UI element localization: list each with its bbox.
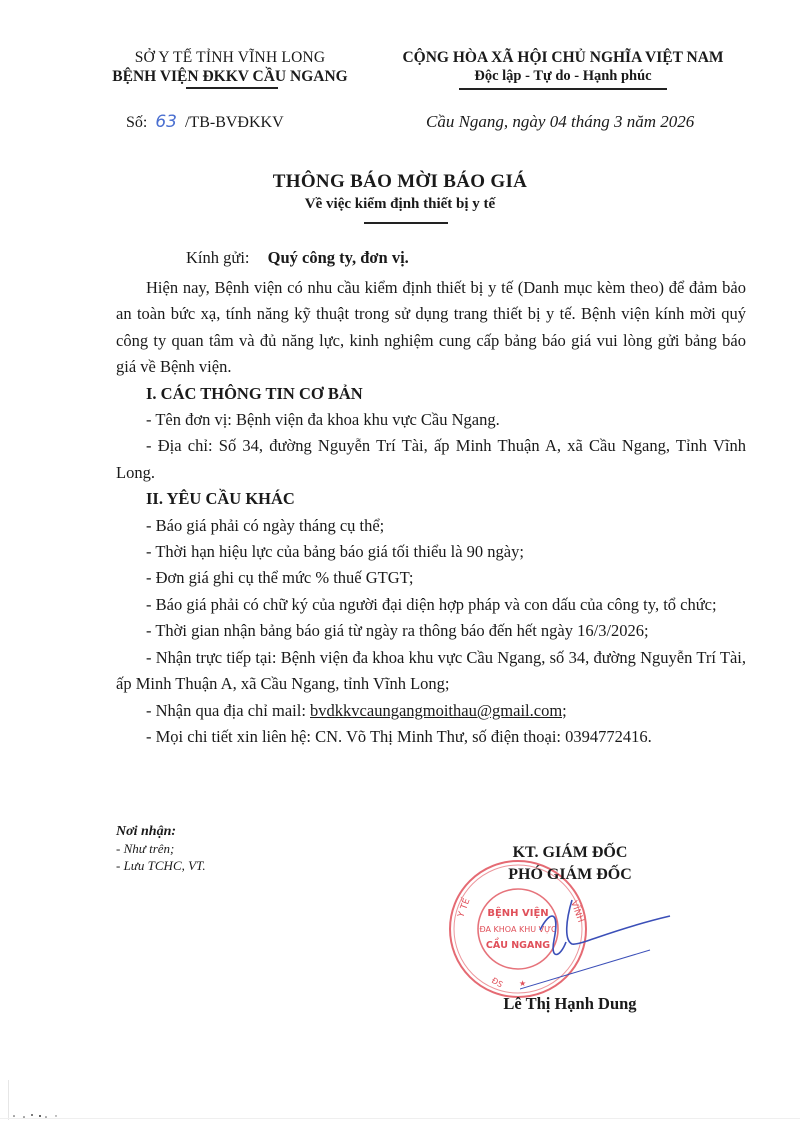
scan-edge [8,1080,9,1120]
recipient-item: - Lưu TCHC, VT. [116,857,206,874]
recipient-line: Kính gửi: Quý công ty, đơn vị. [186,248,409,268]
subtitle-rule [364,222,448,224]
list-item: - Địa chỉ: Số 34, đường Nguyễn Trí Tài, … [116,433,746,486]
place-and-date: Cầu Ngang, ngày 04 tháng 3 năm 2026 [426,112,694,132]
list-item: - Nhận trực tiếp tại: Bệnh viện đa khoa … [116,645,746,698]
intro-paragraph: Hiện nay, Bệnh viện có nhu cầu kiểm định… [116,275,746,381]
header-left-rule [186,87,278,89]
email-link[interactable]: bvdkkvcaungangmoithau@gmail.com; [310,701,567,720]
doc-number-suffix: /TB-BVĐKKV [185,114,284,131]
list-item: - Thời gian nhận bảng báo giá từ ngày ra… [116,618,746,644]
recipient-value: Quý công ty, đơn vị. [268,248,409,267]
doc-number-prefix: Số: [126,114,147,131]
issuing-agency: SỞ Y TẾ TỈNH VĨNH LONG BỆNH VIỆN ĐKKV CẦ… [95,48,365,89]
recipient-label: Kính gửi: [186,248,250,267]
section-heading-other-requirements: II. YÊU CẦU KHÁC [116,486,746,512]
list-item: - Báo giá phải có chữ ký của người đại d… [116,592,746,618]
section-heading-basic-info: I. CÁC THÔNG TIN CƠ BẢN [116,381,746,407]
handwritten-signature-icon [520,880,680,1000]
list-item-email: - Nhận qua địa chỉ mail: bvdkkvcaungangm… [116,698,746,724]
list-item: - Thời hạn hiệu lực của bảng báo giá tối… [116,539,746,565]
recipient-item: - Như trên; [116,840,206,857]
recipients-label: Nơi nhận: [116,823,206,840]
list-item: - Báo giá phải có ngày tháng cụ thể; [116,513,746,539]
email-label: - Nhận qua địa chỉ mail: [146,701,310,720]
doc-number-handwritten: 63 [155,112,177,132]
page-bottom-edge [0,1118,800,1119]
motto: Độc lập - Tự do - Hạnh phúc [378,67,748,86]
national-motto: CỘNG HÒA XÃ HỘI CHỦ NGHĨA VIỆT NAM Độc l… [378,48,748,90]
list-item: - Tên đơn vị: Bệnh viện đa khoa khu vực … [116,407,746,433]
signer-name: Lê Thị Hạnh Dung [460,994,680,1014]
header-right-rule [459,88,667,90]
document-title: THÔNG BÁO MỜI BÁO GIÁ [0,171,800,193]
signer-role-line1: KT. GIÁM ĐỐC [460,842,680,864]
agency-parent: SỞ Y TẾ TỈNH VĨNH LONG [95,48,365,67]
list-item: - Đơn giá ghi cụ thể mức % thuế GTGT; [116,565,746,591]
document-number: Số: 63 /TB-BVĐKKV [126,112,284,132]
document-body: Hiện nay, Bệnh viện có nhu cầu kiểm định… [116,275,746,750]
recipients-block: Nơi nhận: - Như trên; - Lưu TCHC, VT. [116,823,206,874]
agency-name: BỆNH VIỆN ĐKKV CẦU NGANG [95,67,365,86]
document-subtitle: Về việc kiểm định thiết bị y tế [0,196,800,213]
country-name: CỘNG HÒA XÃ HỘI CHỦ NGHĨA VIỆT NAM [378,48,748,67]
list-item-contact: - Mọi chi tiết xin liên hệ: CN. Võ Thị M… [116,724,746,750]
